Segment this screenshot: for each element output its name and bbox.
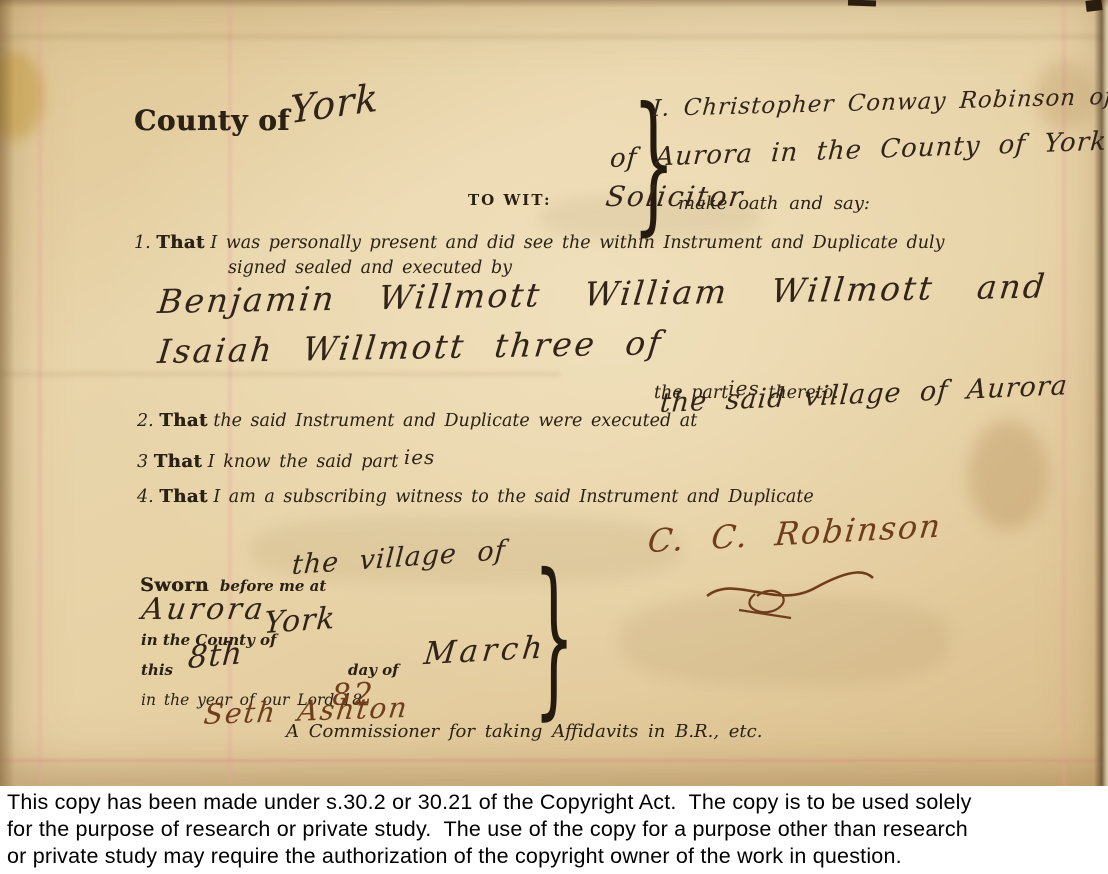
copyright-notice-line: for the purpose of research or private s…: [7, 817, 968, 842]
document-paper: County of York } I. Christopher Conway R…: [0, 0, 1108, 786]
item-number: 4.: [137, 487, 154, 507]
item-number: 3: [137, 452, 148, 472]
item3-insert-handwritten: ies: [404, 445, 436, 469]
signature-flourish: [695, 566, 880, 621]
jurat-county-handwritten: York: [263, 601, 337, 641]
county-value-handwritten: York: [290, 75, 379, 132]
copyright-notice-strip: This copy has been made under s.30.2 or …: [0, 786, 1108, 874]
month-handwritten: March: [422, 629, 548, 672]
item-text: I know the said part: [208, 452, 398, 472]
item-text: I am a subscribing witness to the said I…: [213, 487, 813, 507]
paper-stain: [968, 420, 1048, 530]
day-handwritten: 8th: [187, 635, 244, 676]
item-that-label: That: [154, 451, 202, 472]
deponent-residence-handwritten: of Aurora in the County of York: [609, 127, 1108, 174]
brace-icon: }: [534, 552, 575, 722]
to-wit-label: TO WIT:: [468, 191, 551, 209]
copyright-notice-line: or private study may require the authori…: [7, 844, 902, 869]
item-text: I was personally present and did see the…: [210, 233, 944, 253]
item-that-label: That: [159, 410, 207, 431]
executants-handwritten: Isaiah Willmott three of: [156, 323, 665, 371]
item-text-continued: signed sealed and executed by: [228, 258, 512, 278]
ruled-line-horizontal: [0, 759, 1108, 762]
commissioner-title: A Commissioner for taking Affidavits in …: [286, 721, 762, 742]
county-of-label: County of: [134, 104, 290, 137]
scan-artifact: [1085, 0, 1102, 12]
scan-artifact: [848, 0, 876, 6]
page-edge: [0, 0, 16, 786]
oath-text: make oath and say:: [678, 193, 870, 214]
item-that-label: That: [159, 486, 207, 507]
item-that-label: That: [156, 232, 204, 253]
page-edge: [0, 0, 1108, 8]
execution-place-handwritten: the said village of Aurora: [659, 370, 1069, 419]
sworn-place-handwritten: Aurora: [140, 592, 269, 627]
deponent-signature: C. C. Robinson: [646, 506, 944, 560]
item-number: 1.: [134, 233, 151, 253]
page-edge: [1094, 0, 1108, 786]
fold-crease: [0, 372, 560, 376]
fold-crease: [0, 34, 1108, 39]
deponent-name-handwritten: I. Christopher Conway Robinson of the vi…: [651, 80, 1108, 122]
item-text: the said Instrument and Duplicate were e…: [213, 411, 697, 431]
item-number: 2.: [137, 411, 154, 431]
this-label: this: [141, 661, 173, 679]
copyright-notice-line: This copy has been made under s.30.2 or …: [7, 790, 972, 815]
scanned-affidavit-page: County of York } I. Christopher Conway R…: [0, 0, 1108, 874]
